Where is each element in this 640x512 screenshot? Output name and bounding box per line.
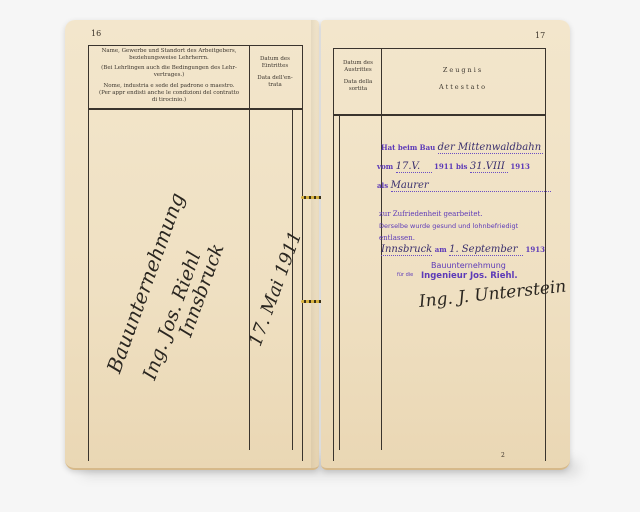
right-page: 17 Datum des Austrittes Data della sorti… bbox=[321, 20, 570, 470]
stamp-line-health: Derselbe wurde gesund und lohnbefriedigt bbox=[379, 222, 518, 230]
entry-date-column-header: Datum des Eintrittes Data dell'en- trata bbox=[251, 56, 299, 90]
employer-column-header: Name, Gewerbe und Standort des Arbeitgeb… bbox=[91, 48, 247, 104]
header-divider bbox=[333, 114, 545, 116]
page-number: 17 bbox=[535, 31, 545, 40]
stamp-line-occupation: als Maurer bbox=[377, 180, 551, 192]
column-divider-inner bbox=[292, 108, 293, 450]
stamp-line-place-date: Innsbruck am 1. September 1913 bbox=[381, 244, 545, 256]
header-divider bbox=[88, 108, 302, 110]
stamp-line-released: entlassen. bbox=[379, 234, 415, 242]
stamp-company-line2: Ingenieur Jos. Riehl. bbox=[421, 271, 518, 281]
column-divider-inner bbox=[339, 114, 340, 450]
stamp-line-period: vom 17.V. 1911 bis 31.VIII 1913 bbox=[377, 161, 530, 173]
page-number: 16 bbox=[91, 29, 101, 38]
stamp-line-satisfaction: zur Zufriedenheit gearbeitet. bbox=[379, 210, 483, 218]
left-page: 16 Name, Gewerbe und Standort des Arbeit… bbox=[65, 20, 319, 470]
stamp-line-construction: Hat beim Bau der Mittenwaldbahn bbox=[381, 142, 543, 154]
column-divider bbox=[249, 45, 250, 450]
stamp-company-line1: Bauunternehmung bbox=[431, 261, 506, 270]
certificate-column-header: Zeugnis Attestato bbox=[383, 66, 543, 92]
stamp-fur-die: für die bbox=[397, 272, 413, 278]
footer-mark: 2 bbox=[501, 452, 505, 459]
exit-date-column-header: Datum des Austrittes Data della sortita bbox=[335, 60, 381, 94]
